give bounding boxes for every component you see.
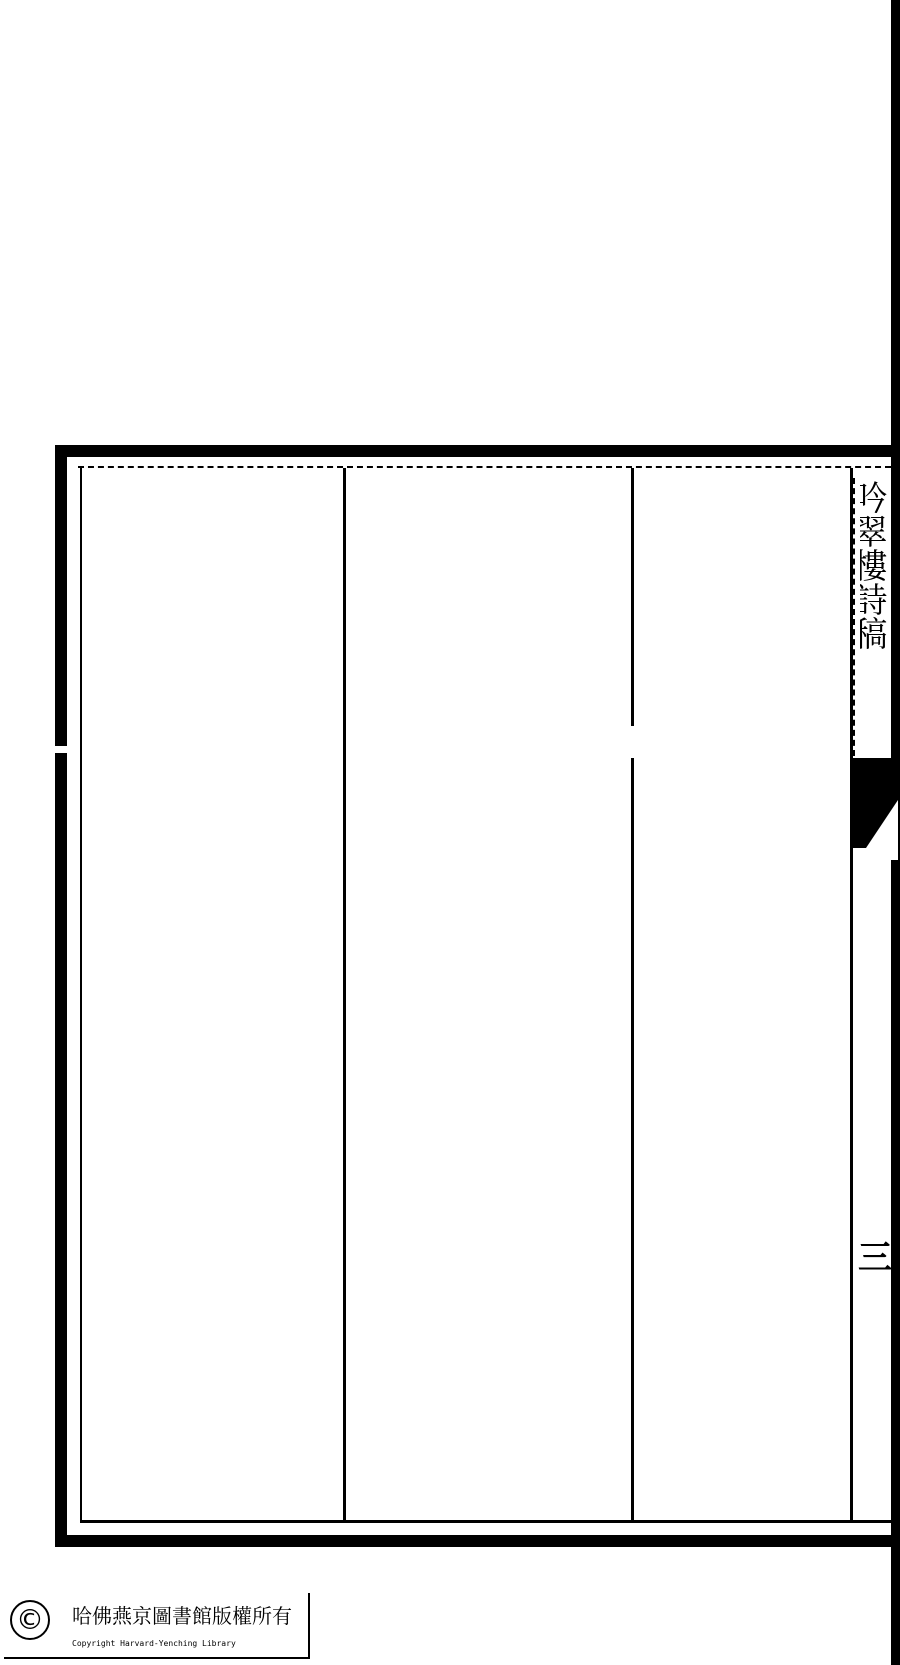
frame-gap bbox=[55, 746, 69, 753]
outer-frame-top bbox=[55, 445, 900, 457]
inner-frame-top bbox=[78, 466, 891, 468]
outer-frame-bottom bbox=[55, 1535, 900, 1547]
column-divider bbox=[343, 468, 346, 1521]
copyright-chinese: 哈佛燕京圖書館版權所有 bbox=[72, 1600, 292, 1629]
copyright-english: Copyright Harvard-Yenching Library bbox=[72, 1639, 236, 1648]
book-title: 吟翠樓詩稿 bbox=[860, 480, 894, 650]
inner-frame-bottom bbox=[80, 1520, 891, 1523]
inner-frame-left bbox=[80, 466, 82, 1522]
divider-gap bbox=[628, 726, 637, 758]
volume-number: 三 bbox=[858, 1238, 892, 1278]
column-divider bbox=[631, 468, 634, 1521]
outer-frame-left bbox=[55, 445, 67, 1547]
copyright-icon: © bbox=[10, 1600, 50, 1640]
